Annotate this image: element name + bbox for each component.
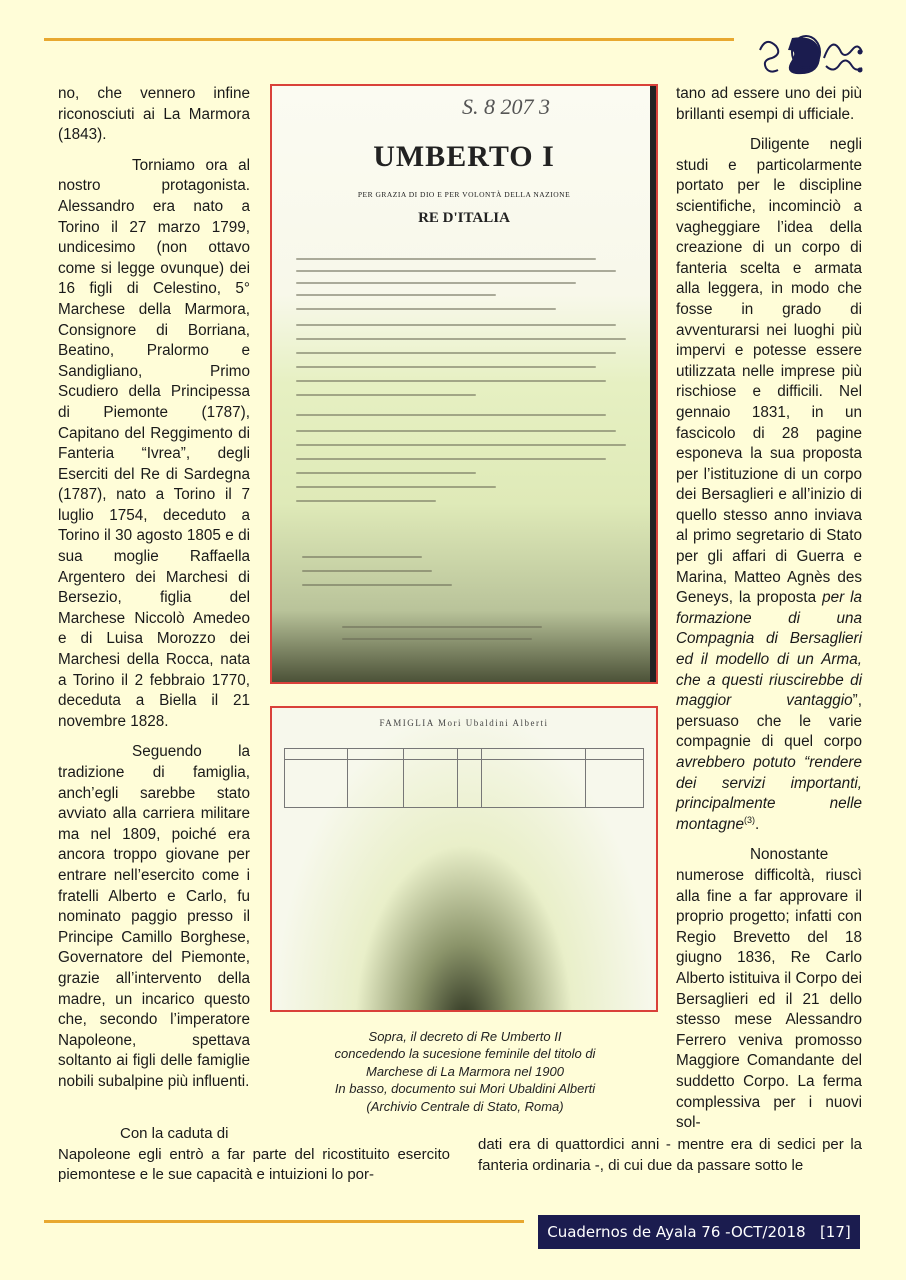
figure-caption: Sopra, il decreto di Re Umberto II conce… <box>290 1028 640 1115</box>
archive-reference: S. 8 207 3 <box>462 94 550 120</box>
paragraph-start: Con la caduta di <box>58 1124 450 1145</box>
family-document-photo: FAMIGLIA Mori Ubaldini Alberti <box>270 706 658 1012</box>
page-number: [17] <box>820 1223 851 1241</box>
paragraph-continuation: Napoleone egli entrò a far parte del ric… <box>58 1146 450 1184</box>
caption-line: Marchese di La Marmora nel 1900 <box>290 1063 640 1080</box>
paragraph: Nonostante numerose difficoltà, riuscì a… <box>676 845 862 1133</box>
book-spine <box>650 86 656 682</box>
article-bottom-left: Con la caduta di Napoleone egli entrò a … <box>58 1124 450 1186</box>
family-document-title: FAMIGLIA Mori Ubaldini Alberti <box>272 718 656 728</box>
cuadernos-de-ayala-logo-icon <box>752 28 868 78</box>
caption-line: Sopra, il decreto di Re Umberto II <box>290 1028 640 1045</box>
paragraph: tano ad essere uno dei più brillanti ese… <box>676 84 862 125</box>
paragraph: Seguendo la tradizione di famiglia, anch… <box>58 742 250 1092</box>
paragraph: no, che vennero infine riconosciuti ai L… <box>58 84 250 146</box>
paragraph: Diligente negli studi e particolarmente … <box>676 135 862 835</box>
footer-badge: Cuadernos de Ayala 76 -OCT/2018 [17] <box>538 1215 860 1249</box>
family-document-table <box>284 748 644 808</box>
caption-line: (Archivio Centrale di Stato, Roma) <box>290 1098 640 1115</box>
article-column-left: no, che vennero infine riconosciuti ai L… <box>58 84 250 1103</box>
decree-subtitle: PER GRAZIA DI DIO E PER VOLONTÀ DELLA NA… <box>272 190 656 199</box>
decree-photo: S. 8 207 3 UMBERTO I PER GRAZIA DI DIO E… <box>270 84 658 684</box>
paragraph: Torniamo ora al nostro protagonista. Ale… <box>58 156 250 733</box>
caption-line: In basso, documento sui Mori Ubaldini Al… <box>290 1080 640 1097</box>
decree-title: UMBERTO I <box>272 140 656 174</box>
publication-name: Cuadernos de Ayala 76 -OCT/2018 <box>547 1223 805 1241</box>
caption-line: concedendo la sucesione feminile del tit… <box>290 1045 640 1062</box>
article-column-right: tano ad essere uno dei più brillanti ese… <box>676 84 862 1144</box>
footer-rule <box>44 1220 524 1223</box>
footnote-ref[interactable]: (3) <box>744 815 755 825</box>
article-bottom-right: dati era di quattordici anni - mentre er… <box>478 1135 862 1176</box>
header-rule <box>44 38 734 41</box>
decree-king: RE D'ITALIA <box>272 210 656 227</box>
